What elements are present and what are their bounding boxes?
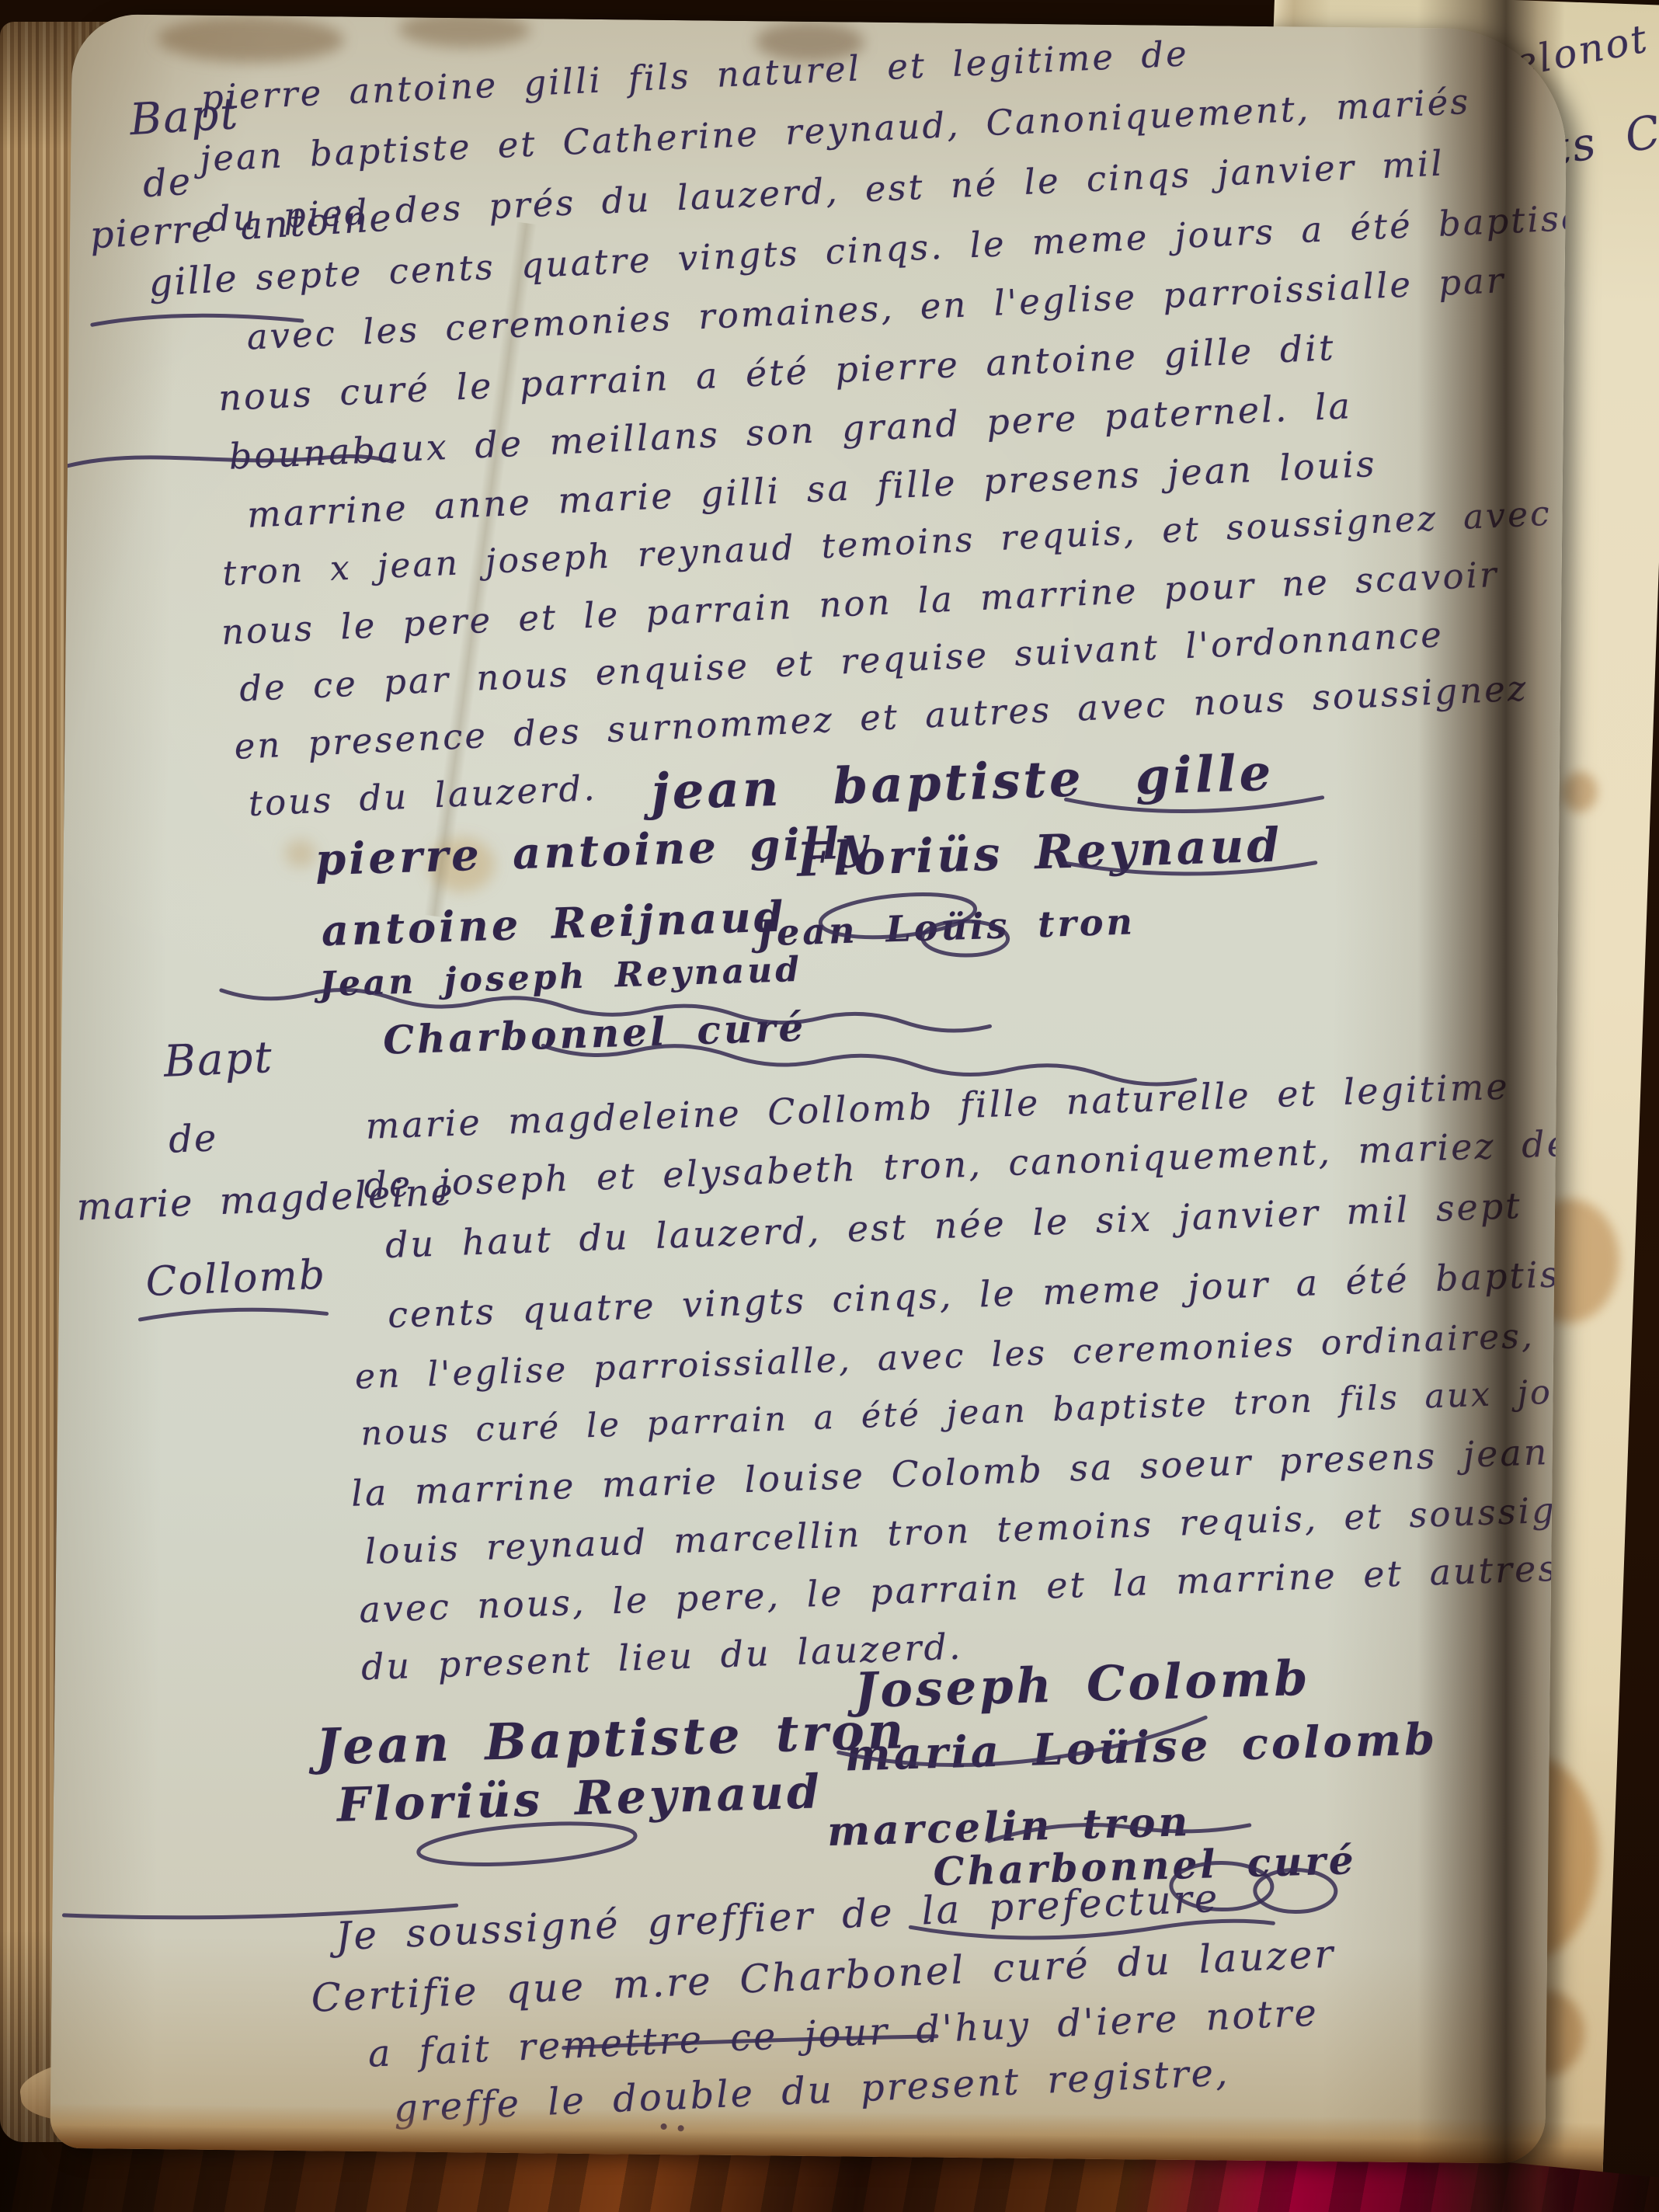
left-page: Bapt de pierre antoine gille pierre anto…: [50, 14, 1567, 2164]
manuscript-photo: Barcelonot vingts Cin Bapt de pierre ant…: [0, 0, 1659, 2212]
certification-block: Je soussigné greffier de la prefecture C…: [50, 14, 1552, 2164]
foxing-stain: [1561, 771, 1598, 813]
